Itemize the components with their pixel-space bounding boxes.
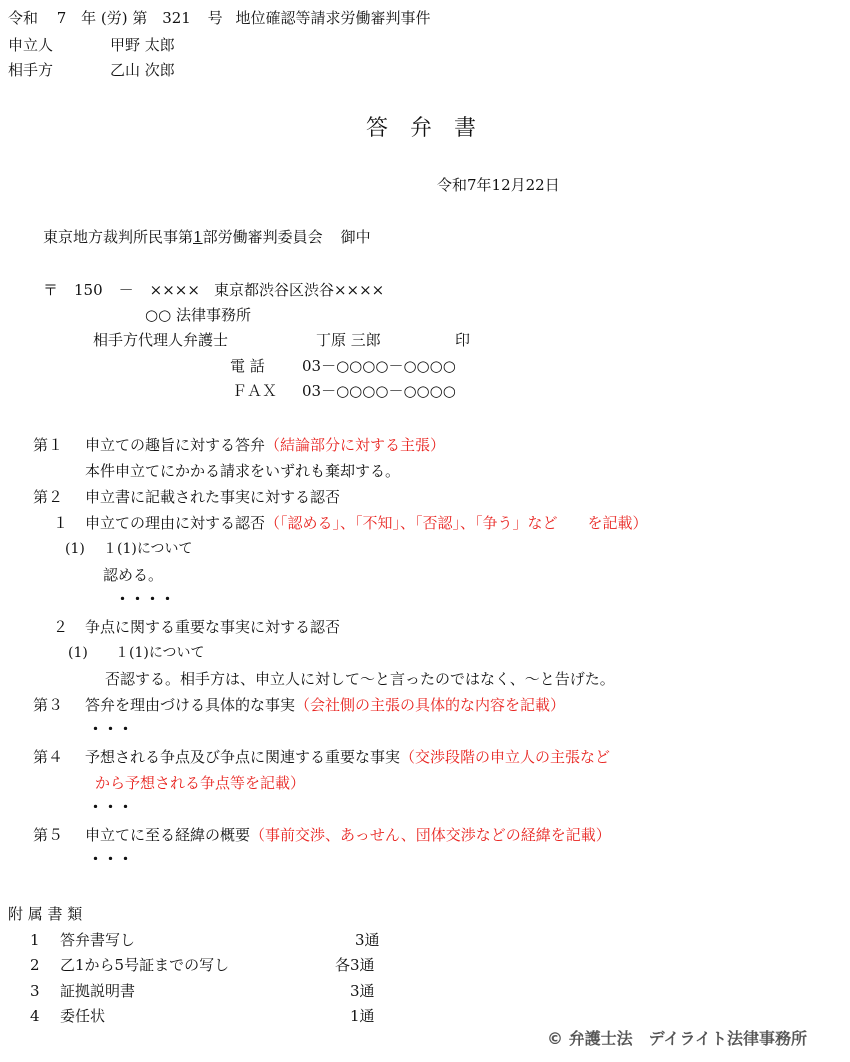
section-5-heading: 申立てに至る経緯の概要（事前交渉、あっせん、団体交渉などの経緯を記載）: [85, 828, 611, 843]
sub-2-1-title: 申立ての理由に対する認否: [85, 514, 265, 532]
era: 令和: [8, 9, 38, 27]
item-2-2-1-num: (1): [68, 646, 88, 660]
section-2-heading: 申立書に記載された事実に対する認否: [85, 490, 340, 505]
attachment-name: 委任状: [60, 1009, 105, 1024]
item-2-2-1-body: 否認する。相手方は、申立人に対して～と言ったのではなく、～と告げた。: [105, 672, 615, 687]
ellipsis: ・・・: [88, 722, 133, 737]
section-3-num: 第３: [33, 698, 63, 713]
address: 東京都渋谷区渋谷××××: [214, 281, 384, 299]
fax-label: ＦＡＸ: [232, 384, 277, 399]
ellipsis: ・・・: [88, 852, 133, 867]
addressee-pre: 東京地方裁判所民事第: [43, 228, 193, 246]
addressee: 東京地方裁判所民事第1部労働審判委員会御中: [43, 230, 371, 245]
respondent-name: 乙山 次郎: [110, 63, 175, 78]
attachment-name: 答弁書写し: [60, 933, 135, 948]
attachment-num: 1: [30, 933, 40, 948]
postal-code-2: ××××: [150, 281, 200, 299]
seal-mark: 印: [455, 333, 470, 348]
addressee-post: 部労働審判委員会: [203, 228, 323, 246]
attachments-heading: 附 属 書 類: [8, 907, 82, 922]
item-2-1-1-heading: １(1)について: [103, 542, 193, 556]
section-3-note: （会社側の主張の具体的な内容を記載）: [295, 696, 565, 714]
attachment-name: 乙1から5号証までの写し: [60, 958, 229, 973]
applicant-name: 甲野 太郎: [110, 38, 175, 53]
section-5-num: 第５: [33, 828, 63, 843]
ellipsis: ・・・: [88, 800, 133, 815]
copyright: © 弁護士法 デイライト法律事務所: [547, 1031, 807, 1047]
sender-address: 〒150－××××東京都渋谷区渋谷××××: [43, 283, 384, 298]
item-2-2-1-heading: １(1)について: [115, 646, 205, 660]
case-category: (労): [101, 9, 128, 27]
section-1-body: 本件申立てにかかる請求をいずれも棄却する。: [85, 464, 400, 479]
title-char: 答: [366, 116, 388, 141]
attachment-qty: 各3通: [335, 958, 375, 973]
attachment-num: 4: [30, 1009, 40, 1024]
addressee-num: 1: [193, 228, 203, 246]
sub-2-1-note: （「認める」、「不知」、「否認」、「争う」など を記載）: [265, 514, 648, 532]
case-name: 地位確認等請求労働審判事件: [235, 9, 430, 27]
attachment-qty: 3通: [350, 984, 375, 999]
section-1-heading: 申立ての趣旨に対する答弁（結論部分に対する主張）: [85, 438, 445, 453]
year: 7: [57, 9, 67, 27]
go: 号: [208, 9, 223, 27]
section-3-title: 答弁を理由づける具体的な事実: [85, 696, 295, 714]
section-1-num: 第１: [33, 438, 63, 453]
section-4-note: （交渉段階の申立人の主張など: [400, 748, 610, 766]
item-2-1-1-body: 認める。: [103, 568, 163, 583]
dai: 第: [132, 9, 147, 27]
attachment-num: 2: [30, 958, 40, 973]
fax-number: 03－○○○○－○○○○: [302, 384, 456, 399]
attachment-num: 3: [30, 984, 40, 999]
postal-dash: －: [119, 281, 134, 299]
document-title: 答弁書: [366, 118, 476, 140]
year-unit: 年: [81, 9, 96, 27]
section-4-note-cont: から予想される争点等を記載）: [95, 776, 305, 791]
document-date: 令和7年12月22日: [437, 178, 560, 193]
sub-2-1-num: １: [53, 516, 68, 531]
title-char: 弁: [410, 116, 432, 141]
postal-code-1: 150: [74, 281, 103, 299]
item-2-1-1-num: (1): [65, 542, 85, 556]
applicant-label: 申立人: [8, 38, 53, 53]
tel-number: 03－○○○○－○○○○: [302, 359, 456, 374]
section-4-heading: 予想される争点及び争点に関連する重要な事実（交渉段階の申立人の主張など: [85, 750, 610, 765]
attachment-qty: 1通: [350, 1009, 375, 1024]
attachment-qty: 3通: [355, 933, 380, 948]
lawyer-name: 丁原 三郎: [316, 333, 381, 348]
ellipsis: ・・・・: [115, 592, 175, 607]
section-4-title: 予想される争点及び争点に関連する重要な事実: [85, 748, 400, 766]
attachment-name: 証拠説明書: [60, 984, 135, 999]
case-number: 321: [162, 9, 191, 27]
case-number-line: 令和 7 年 (労) 第 321 号 地位確認等請求労働審判事件: [8, 11, 430, 26]
lawyer-role: 相手方代理人弁護士: [93, 333, 228, 348]
section-2-num: 第２: [33, 490, 63, 505]
sub-2-2-num: ２: [53, 620, 68, 635]
postal-mark-icon: 〒: [43, 281, 58, 299]
law-firm: ○○ 法律事務所: [145, 308, 251, 323]
respondent-label: 相手方: [8, 63, 53, 78]
tel-label: 電 話: [230, 359, 265, 374]
section-5-title: 申立てに至る経緯の概要: [85, 826, 250, 844]
addressee-honorific: 御中: [341, 228, 371, 246]
sub-2-1-heading: 申立ての理由に対する認否（「認める」、「不知」、「否認」、「争う」など を記載）: [85, 516, 648, 531]
section-3-heading: 答弁を理由づける具体的な事実（会社側の主張の具体的な内容を記載）: [85, 698, 565, 713]
section-5-note: （事前交渉、あっせん、団体交渉などの経緯を記載）: [250, 826, 611, 844]
section-1-note: （結論部分に対する主張）: [265, 436, 445, 454]
section-1-title: 申立ての趣旨に対する答弁: [85, 436, 265, 454]
sub-2-2-heading: 争点に関する重要な事実に対する認否: [85, 620, 340, 635]
section-4-num: 第４: [33, 750, 63, 765]
title-char: 書: [454, 116, 476, 141]
